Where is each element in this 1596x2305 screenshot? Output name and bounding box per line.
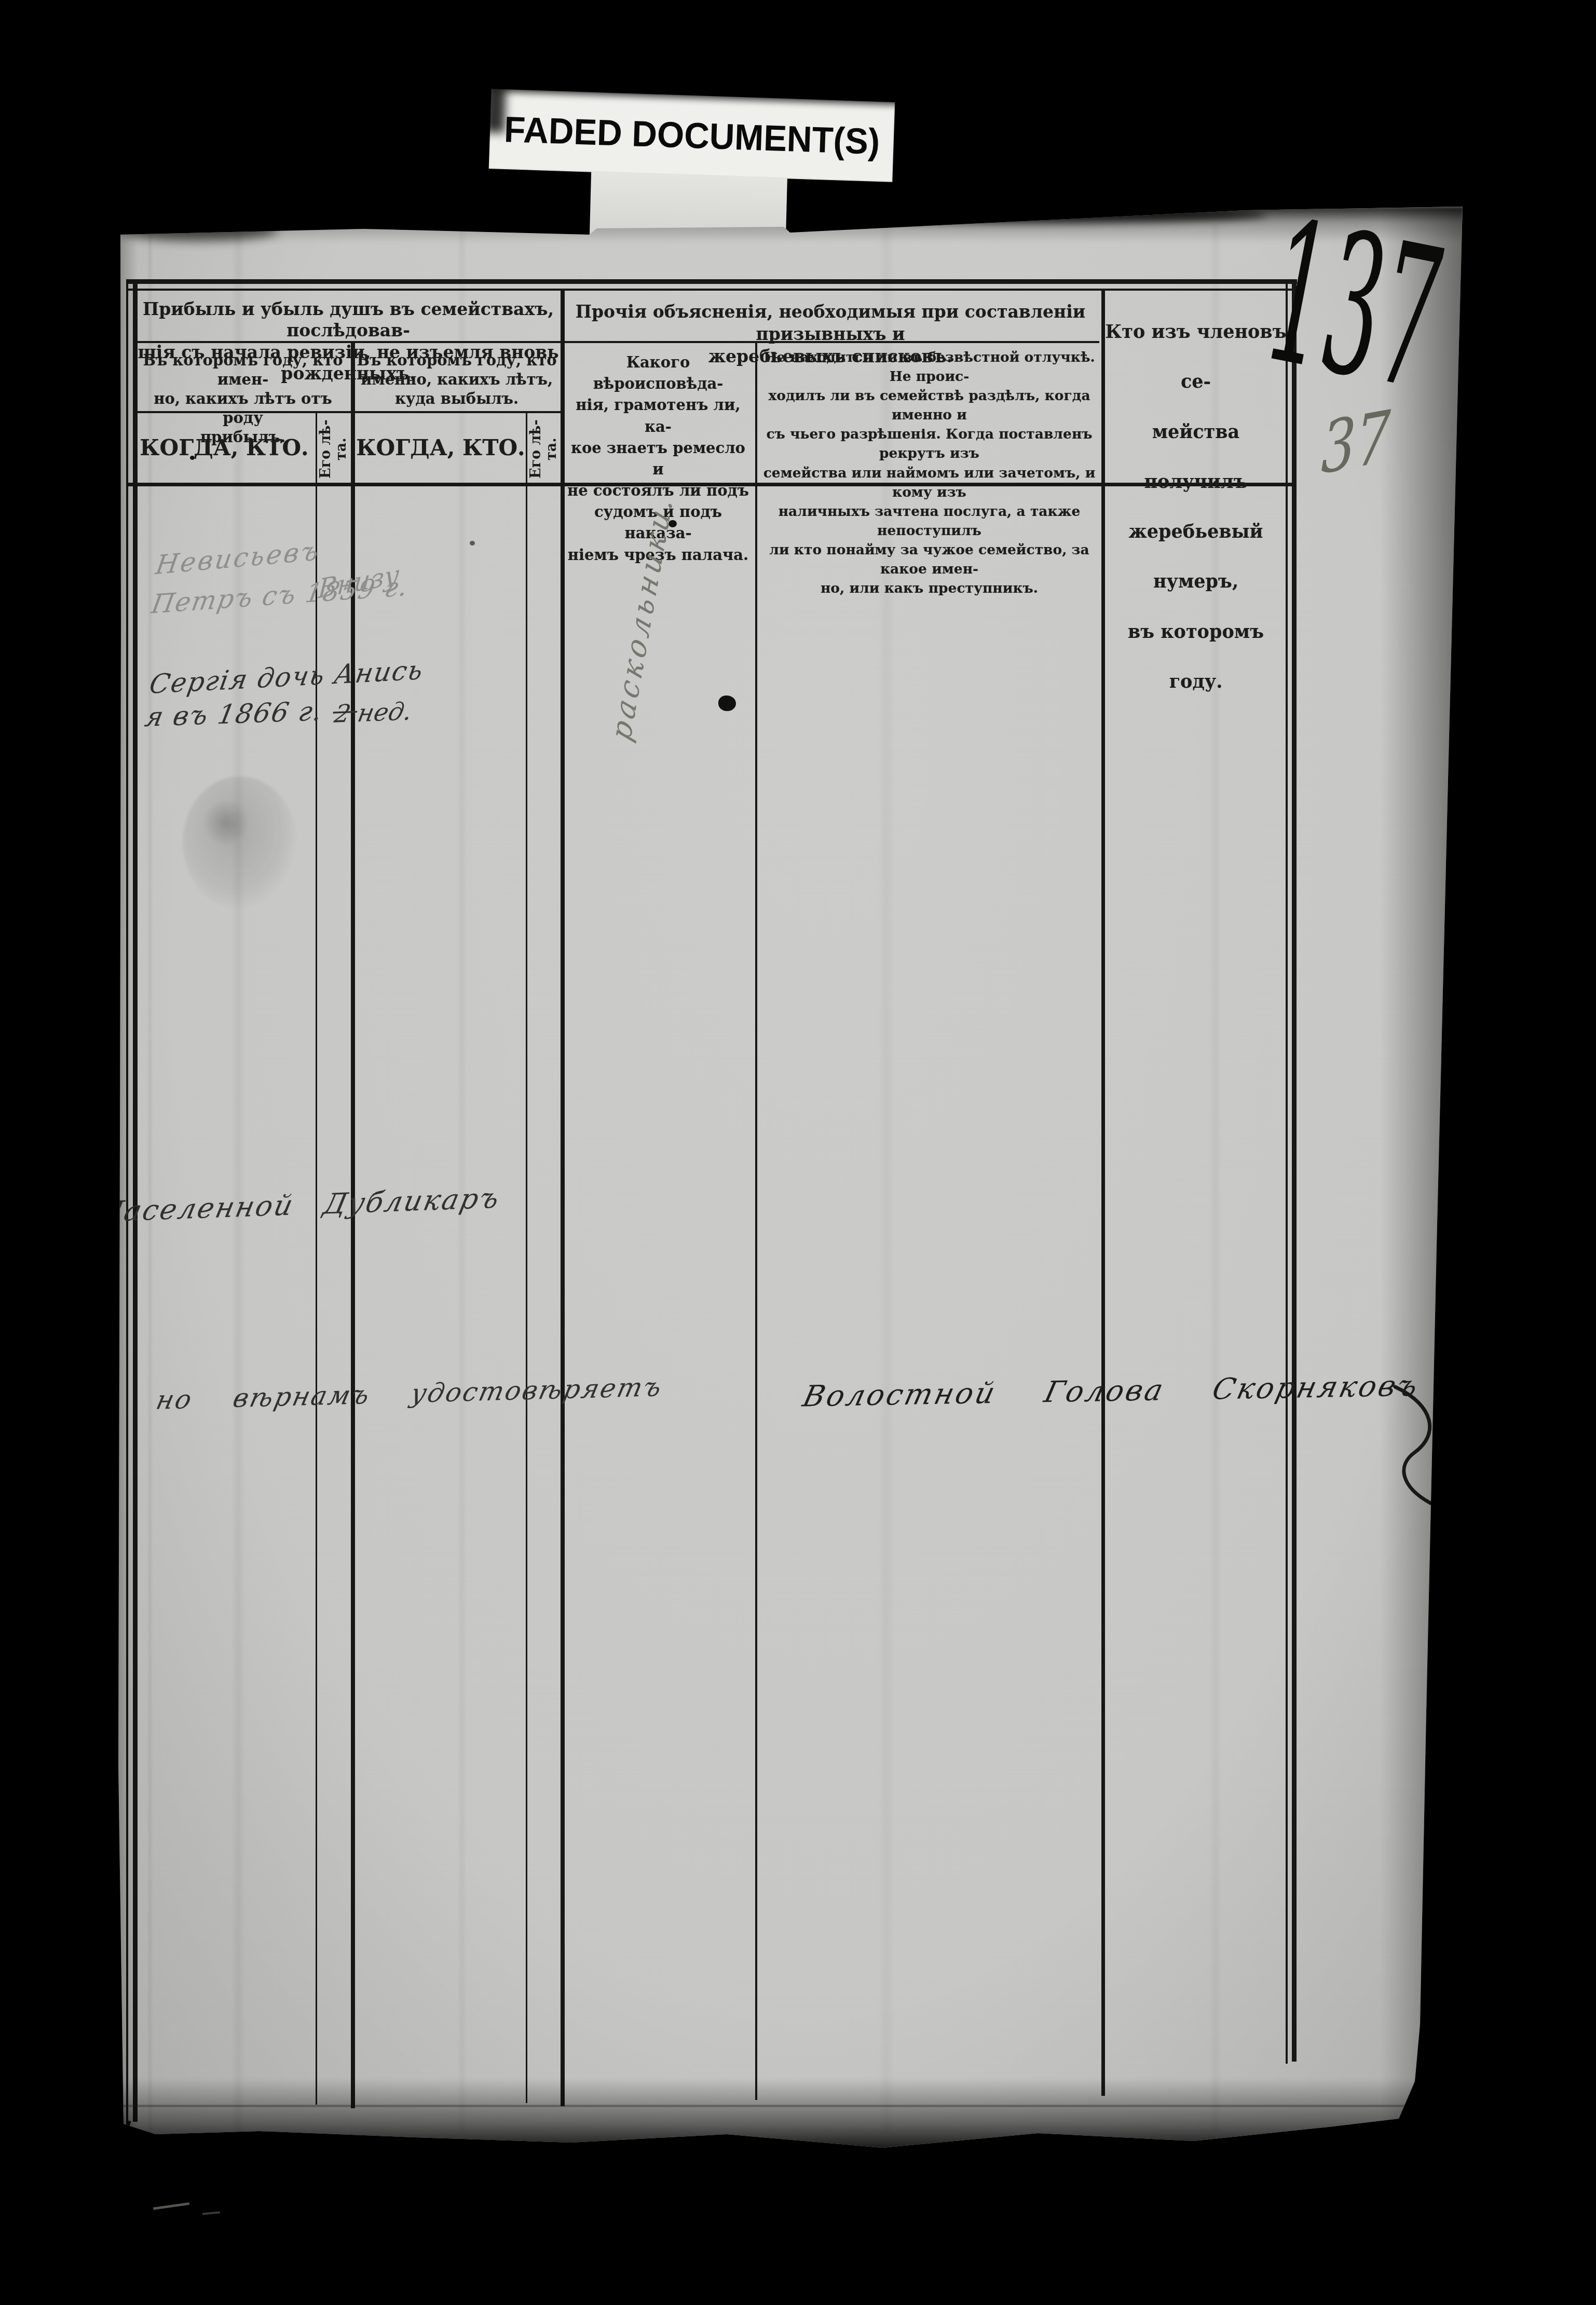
column-header-when-who-1: КОГДА, КТО. (133, 435, 316, 460)
fold-streak (457, 223, 467, 2133)
debris-speck (202, 2212, 220, 2215)
folio-number-ink: 137 (1262, 193, 1447, 420)
ink-blot (669, 520, 677, 527)
column-rule-group1-2 (351, 341, 355, 2108)
age-label: Его лѣ- та. (318, 419, 349, 479)
column-header-when-who-2: КОГДА, КТО. (355, 435, 526, 460)
page-edge-blot (122, 219, 278, 241)
ink-speck (190, 456, 195, 460)
table-border-right-outer (1292, 279, 1297, 2062)
banner-label: FADED DOCUMENT(S) (503, 108, 880, 162)
handwritten-certification: но вѣрнамъ удостовѣряетъ (154, 1372, 666, 1415)
group-header-lot-number: Кто изъ членовъ се- мейства получилъ жер… (1104, 307, 1287, 707)
column-rule-age2 (526, 411, 527, 2103)
folio-number-pencil: 37 (1320, 401, 1391, 484)
subheader-departed: Въ которомъ году, кто именно, какихъ лѣт… (355, 351, 558, 408)
fold-streak (147, 223, 153, 2133)
scan-background: Прибыль и убыль душъ въ семействахъ, пос… (0, 0, 1596, 2305)
smudge-stain (202, 799, 249, 846)
table-top-rule-inner (126, 289, 1297, 291)
handwritten-age-value: 2 нед. (332, 697, 415, 729)
handwritten-entry-birth: я въ 1866 г. — (142, 695, 362, 733)
ink-blot (718, 695, 736, 711)
table-top-rule (126, 279, 1297, 284)
handwritten-entry-birth: Сергія дочь Анись (147, 655, 426, 700)
signature-flourish (1381, 1381, 1453, 1516)
page-edge-blot (799, 207, 1266, 223)
faded-document-banner: FADED DOCUMENT(S) (490, 90, 894, 181)
debris-speck (153, 2202, 189, 2210)
page-edge-shadow-top (120, 206, 1465, 243)
page-edge-shadow-right (1381, 208, 1464, 2138)
ink-speck (470, 541, 475, 545)
handwritten-margin-note: Населенной Дубликаръ (95, 1181, 503, 1229)
smudge-stain (183, 776, 297, 909)
fold-streak (231, 223, 245, 2133)
age-label: Его лѣ- та. (528, 419, 560, 479)
page-edge-shadow-bottom (112, 2079, 1420, 2154)
document-page: Прибыль и убыль душъ въ семействахъ, пос… (0, 0, 1596, 2305)
column-rule-faith-absence (755, 341, 757, 2100)
column-header-absence: Не находится ли въ безвѣстной отлучкѣ. Н… (759, 348, 1099, 598)
